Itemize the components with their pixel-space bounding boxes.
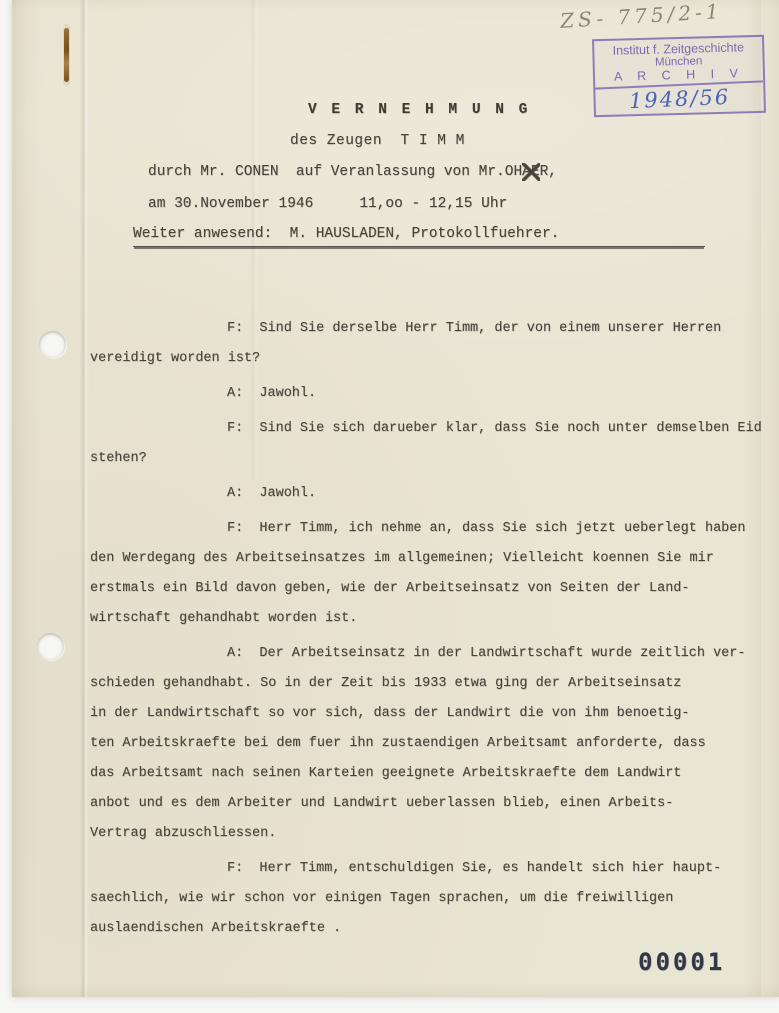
text-line: schieden gehandhabt. So in der Zeit bis … (90, 669, 738, 699)
text-line: ten Arbeitskraefte bei dem fuer ihn zust… (90, 729, 738, 759)
text-line: erstmals ein Bild davon geben, wie der A… (90, 574, 738, 604)
struck-out-letters: AE (522, 164, 539, 180)
qa-paragraph: F: Herr Timm, entschuldigen Sie, es hand… (90, 854, 738, 944)
time-text: 11,oo - 12,15 Uhr (359, 196, 507, 212)
text-line: A: Jawohl. (90, 379, 738, 409)
document-title: V E R N E H M U N G (308, 102, 530, 118)
qa-paragraph: A: Der Arbeitseinsatz in der Landwirtsch… (90, 639, 738, 849)
archive-stamp: Institut f. Zeitgeschichte München A R C… (592, 35, 766, 117)
text-line: Vertrag abzuschliessen. (90, 819, 738, 849)
staple-mark (64, 28, 69, 82)
text-line: wirtschaft gehandhabt worden ist. (90, 604, 738, 634)
transcript-body: F: Sind Sie derselbe Herr Timm, der von … (90, 314, 738, 949)
paper-sheet: ZS- 775/2-1 Institut f. Zeitgeschichte M… (12, 0, 779, 997)
scanned-document: ZS- 775/2-1 Institut f. Zeitgeschichte M… (0, 0, 779, 1013)
interrogator-text: durch Mr. CONEN auf Veranlassung von Mr.… (148, 164, 522, 180)
text-line: vereidigt worden ist? (90, 344, 738, 374)
text-line: auslaendischen Arbeitskraefte . (90, 914, 738, 944)
text-line: stehen? (90, 444, 738, 474)
document-subtitle: des Zeugen T I M M (290, 133, 465, 149)
text-line: F: Herr Timm, ich nehme an, dass Sie sic… (90, 514, 738, 544)
punch-hole-bottom (37, 633, 64, 660)
text-line: saechlich, wie wir schon vor einigen Tag… (90, 884, 738, 914)
stamp-handwritten-number: 1948/56 (595, 80, 764, 116)
qa-paragraph: A: Jawohl. (90, 379, 738, 409)
punch-hole-top (39, 331, 66, 358)
text-line: in der Landwirtschaft so vor sich, dass … (90, 699, 738, 729)
qa-paragraph: A: Jawohl. (90, 479, 738, 509)
text-line: den Werdegang des Arbeitseinsatzes im al… (90, 544, 738, 574)
text-line: A: Der Arbeitseinsatz in der Landwirtsch… (90, 639, 738, 669)
qa-paragraph: F: Sind Sie sich darueber klar, dass Sie… (90, 414, 738, 474)
paper-crease (80, 0, 89, 997)
text-line: A: Jawohl. (90, 479, 738, 509)
page-number-stamp: 00001 (638, 948, 725, 976)
date-text: am 30.November 1946 (148, 196, 313, 212)
text-line: F: Herr Timm, entschuldigen Sie, es hand… (90, 854, 738, 884)
text-line: anbot und es dem Arbeiter und Landwirt u… (90, 789, 738, 819)
qa-paragraph: F: Herr Timm, ich nehme an, dass Sie sic… (90, 514, 738, 634)
text-line: F: Sind Sie sich darueber klar, dass Sie… (90, 414, 738, 444)
interrogator-text-end: R, (540, 164, 557, 180)
qa-paragraph: F: Sind Sie derselbe Herr Timm, der von … (90, 314, 738, 374)
text-line: F: Sind Sie derselbe Herr Timm, der von … (90, 314, 738, 344)
paper-edge-shadow (745, 0, 761, 997)
interrogator-line: durch Mr. CONEN auf Veranlassung von Mr.… (148, 164, 557, 180)
attendees-line: Weiter anwesend: M. HAUSLADEN, Protokoll… (133, 226, 705, 247)
text-line: das Arbeitsamt nach seinen Karteien geei… (90, 759, 738, 789)
date-time-line: am 30.November 194611,oo - 12,15 Uhr (148, 196, 507, 212)
